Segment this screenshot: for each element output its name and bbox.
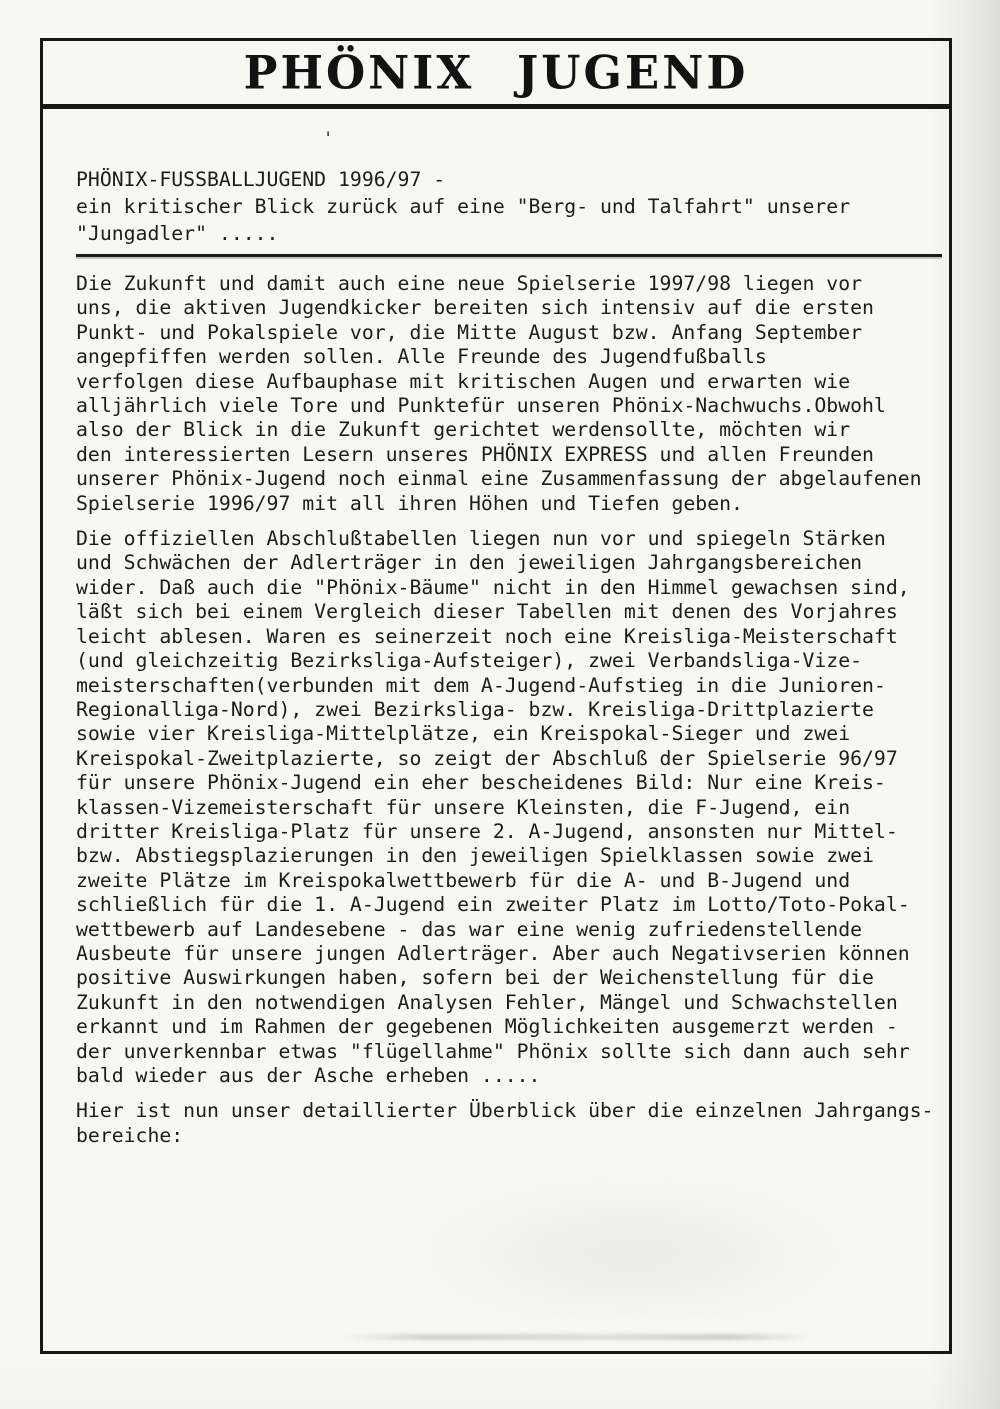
page-border-frame: PHÖNIX JUGEND ' PHÖNIX-FUSSBALLJUGEND 19… [40,38,952,1354]
article-paragraph-1: Die Zukunft und damit auch eine neue Spi… [76,272,942,516]
bleed-through-ghost [403,1171,863,1321]
article-kicker-heading: PHÖNIX-FUSSBALLJUGEND 1996/97 - ein krit… [76,166,942,247]
stray-ink-mark: ' [323,129,333,149]
article-paragraph-2: Die offiziellen Abschlußtabellen liegen … [76,527,942,1088]
kicker-divider-rule [76,254,942,257]
page-title: PHÖNIX JUGEND [244,45,749,99]
scanned-newsletter-page: { "scan": { "masthead": { "title": "PHÖN… [0,0,1000,1409]
article-paragraph-3: Hier ist nun unser detaillierter Überbli… [76,1099,942,1148]
article-body: ' PHÖNIX-FUSSBALLJUGEND 1996/97 - ein kr… [76,109,942,1159]
scan-smudge [343,1334,813,1340]
masthead: PHÖNIX JUGEND [43,41,949,109]
